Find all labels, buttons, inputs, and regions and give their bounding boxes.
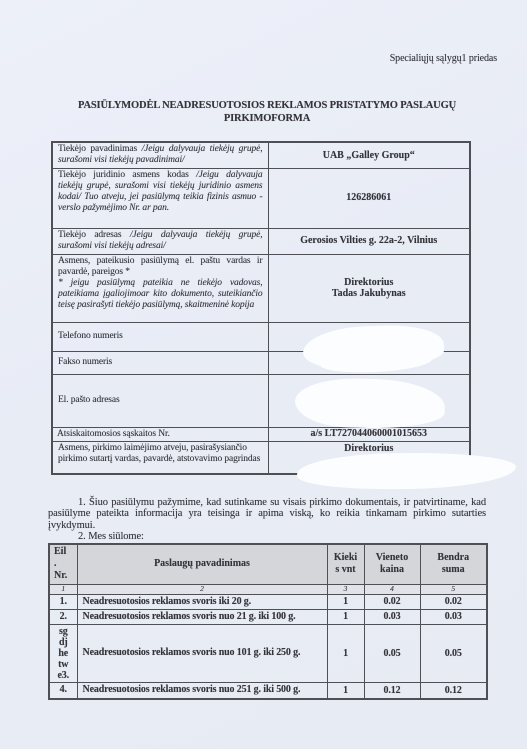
label-cell: Tiekėjo adresas /Jeigu dalyvauja tiekėjų… — [52, 228, 268, 254]
table-row: 4. Neadresuotosios reklamos svoris nuo 2… — [49, 682, 487, 699]
col-number: 1 — [49, 584, 77, 594]
label-cell: Telefono numeris — [52, 322, 268, 351]
label-text: Tiekėjo juridinio asmens kodas — [58, 170, 196, 180]
value-cell: 126286061 — [268, 168, 470, 228]
service-name: Neadresuotosios reklamos svoris nuo 21 g… — [77, 609, 327, 624]
row-nr: 2. — [49, 609, 77, 624]
quantity: 1 — [327, 594, 364, 609]
total: 0.05 — [420, 624, 487, 682]
table-row: sg dj he tw e3. Neadresuotosios reklamos… — [49, 624, 487, 682]
table-row: 2. Neadresuotosios reklamos svoris nuo 2… — [49, 609, 487, 624]
table-row: Tiekėjo juridinio asmens kodas /Jeigu da… — [52, 168, 470, 228]
total: 0.03 — [420, 609, 487, 624]
label-text: Tiekėjo adresas — [58, 230, 130, 240]
table-row: Tiekėjo adresas /Jeigu dalyvauja tiekėjų… — [52, 228, 470, 254]
service-name: Neadresuotosios reklamos svoris nuo 251 … — [77, 682, 327, 699]
label-cell: Tiekėjo juridinio asmens kodas /Jeigu da… — [52, 168, 268, 228]
label-cell: Asmens, pateikusio pasiūlymą el. paštu v… — [52, 254, 268, 322]
statement-paragraph-2: 2. Mes siūlome: — [48, 531, 486, 542]
unit-price: 0.12 — [364, 682, 420, 699]
row-nr: 1. — [49, 594, 77, 609]
total: 0.02 — [420, 594, 487, 609]
scanned-document-page: Specialiųjų sąlygų1 priedas PASIŪLYMODĖL… — [0, 0, 527, 749]
total: 0.12 — [420, 682, 487, 699]
doc-title-line1: PASIŪLYMODĖL NEADRESUOTOSIOS REKLAMOS PR… — [48, 99, 486, 112]
label-footnote: * jeigu pasiūlymą pateikia ne tiekėjo va… — [58, 278, 263, 311]
value-cell: UAB „Galley Group“ — [268, 142, 470, 168]
label-cell: Asmens, pirkimo laimėjimo atveju, pasira… — [52, 441, 268, 474]
unit-price: 0.05 — [364, 624, 420, 682]
header-quantity: Kieki s vnt — [327, 544, 364, 584]
label-text: Asmens, pateikusio pasiūlymą el. paštu v… — [58, 256, 263, 277]
row-nr: 4. — [49, 682, 77, 699]
label-cell: Fakso numeris — [52, 351, 268, 374]
statement-block: 1. Šiuo pasiūlymu pažymime, kad sutinkam… — [48, 497, 486, 543]
header-unit-price: Vieneto kaina — [364, 544, 420, 584]
col-number: 5 — [420, 584, 487, 594]
label-cell: Atsiskaitomosios sąskaitos Nr. — [52, 427, 268, 441]
offer-table-header-row: Eil . Nr. Paslaugų pavadinimas Kieki s v… — [49, 544, 487, 584]
table-row: Atsiskaitomosios sąskaitos Nr. a/s LT727… — [52, 427, 470, 441]
doc-title: PASIŪLYMODĖL NEADRESUOTOSIOS REKLAMOS PR… — [48, 99, 486, 125]
value-cell: a/s LT727044060001015653 — [268, 427, 470, 441]
label-cell: El. pašto adresas — [52, 374, 268, 427]
table-row: Asmens, pateikusio pasiūlymą el. paštu v… — [52, 254, 470, 322]
label-cell: Tiekėjo pavadinimas /Jeigu dalyvauja tie… — [52, 142, 268, 168]
col-number: 2 — [77, 584, 327, 594]
row-nr: sg dj he tw e3. — [49, 624, 77, 682]
doc-title-line2: PIRKIMOFORMA — [48, 112, 486, 125]
offer-table: Eil . Nr. Paslaugų pavadinimas Kieki s v… — [48, 543, 488, 700]
table-row: 1. Neadresuotosios reklamos svoris iki 2… — [49, 594, 487, 609]
value-cell: Gerosios Vilties g. 22a-2, Vilnius — [268, 228, 470, 254]
quantity: 1 — [327, 624, 364, 682]
redaction-blob-email-2 — [305, 385, 425, 407]
service-name: Neadresuotosios reklamos svoris nuo 101 … — [77, 624, 327, 682]
service-name: Neadresuotosios reklamos svoris iki 20 g… — [77, 594, 327, 609]
quantity: 1 — [327, 682, 364, 699]
statement-paragraph-1: 1. Šiuo pasiūlymu pažymime, kad sutinkam… — [48, 497, 486, 531]
unit-price: 0.03 — [364, 609, 420, 624]
header-nr: Eil . Nr. — [49, 544, 77, 584]
unit-price: 0.02 — [364, 594, 420, 609]
column-number-row: 1 2 3 4 5 — [49, 584, 487, 594]
label-text: Tiekėjo pavadinimas — [58, 144, 142, 154]
col-number: 3 — [327, 584, 364, 594]
corner-note: Specialiųjų sąlygų1 priedas — [390, 53, 497, 64]
col-number: 4 — [364, 584, 420, 594]
value-cell: Direktorius Tadas Jakubynas — [268, 254, 470, 322]
quantity: 1 — [327, 609, 364, 624]
header-total: Bendra suma — [420, 544, 487, 584]
table-row: Tiekėjo pavadinimas /Jeigu dalyvauja tie… — [52, 142, 470, 168]
header-service-name: Paslaugų pavadinimas — [77, 544, 327, 584]
